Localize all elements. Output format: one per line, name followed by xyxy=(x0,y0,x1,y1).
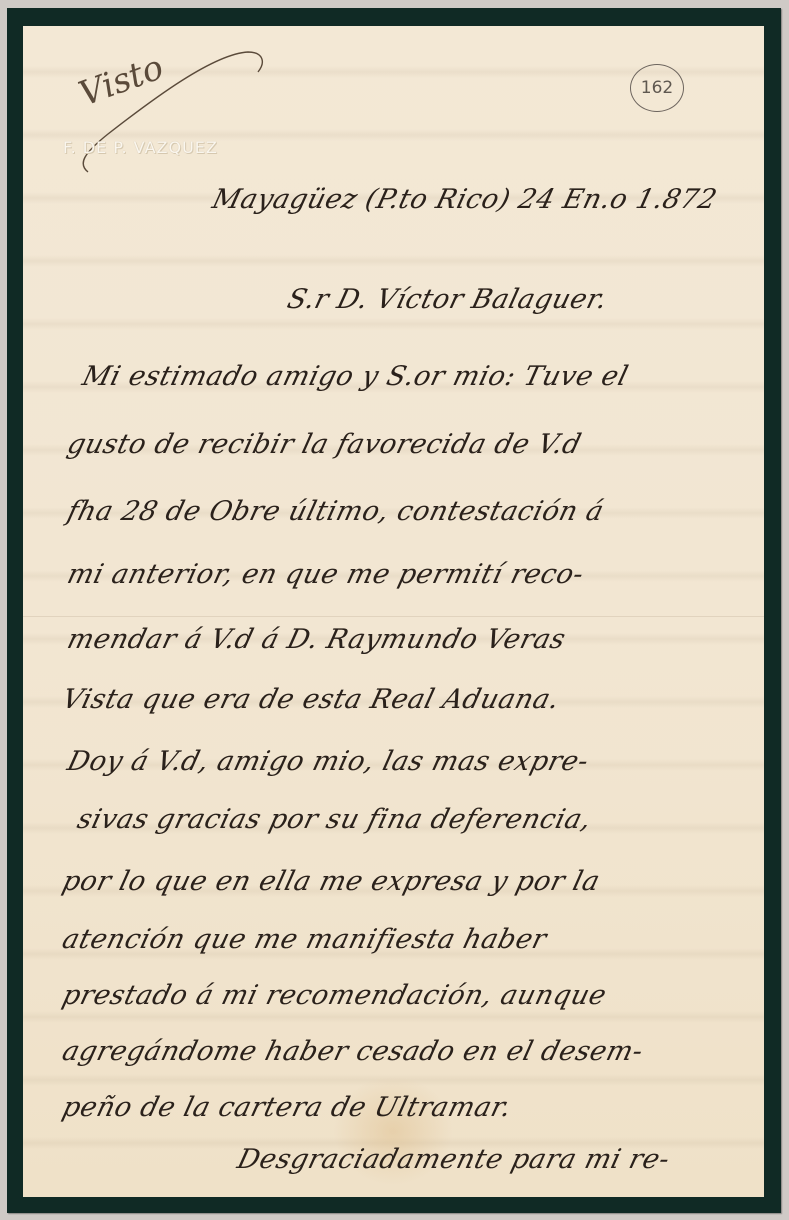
body-line: prestado á mi recomendación, aunque xyxy=(59,980,610,1011)
salutation: S.r D. Víctor Balaguer. xyxy=(284,284,610,315)
body-line: mi anterior, en que me permití reco- xyxy=(64,559,587,590)
letter-page: Visto F. DE P. VAZQUEZ 162 Mayagüez (P.t… xyxy=(23,26,764,1197)
body-line: gusto de recibir la favorecida de V.d xyxy=(64,429,584,460)
body-line: Mi estimado amigo y S.or mio: Tuve el xyxy=(79,361,631,392)
body-line: mendar á V.d á D. Raymundo Veras xyxy=(64,624,569,655)
body-line: peño de la cartera de Ultramar. xyxy=(59,1092,515,1123)
body-line: Desgraciadamente para mi re- xyxy=(234,1144,673,1175)
body-line: Doy á V.d, amigo mio, las mas expre- xyxy=(64,746,592,777)
fold-crease xyxy=(23,616,764,617)
mourning-border: Visto F. DE P. VAZQUEZ 162 Mayagüez (P.t… xyxy=(7,8,781,1213)
place-date-line: Mayagüez (P.to Rico) 24 En.o 1.872 xyxy=(209,184,720,215)
body-line: Vista que era de esta Real Aduana. xyxy=(59,684,563,715)
body-line: sivas gracias por su fina deferencia, xyxy=(74,804,595,835)
body-line: fha 28 de Obre último, contestación á xyxy=(64,496,607,527)
folio-number: 162 xyxy=(641,78,673,98)
body-line: comendado muy pronto ha sentido xyxy=(49,1194,547,1197)
body-line: atención que me manifiesta haber xyxy=(59,924,550,955)
folio-number-circle: 162 xyxy=(630,64,684,112)
body-line: agregándome haber cesado en el desem- xyxy=(59,1036,646,1067)
embossed-letterhead: F. DE P. VAZQUEZ xyxy=(63,138,218,157)
body-line: por lo que en ella me expresa y por la xyxy=(59,866,603,897)
